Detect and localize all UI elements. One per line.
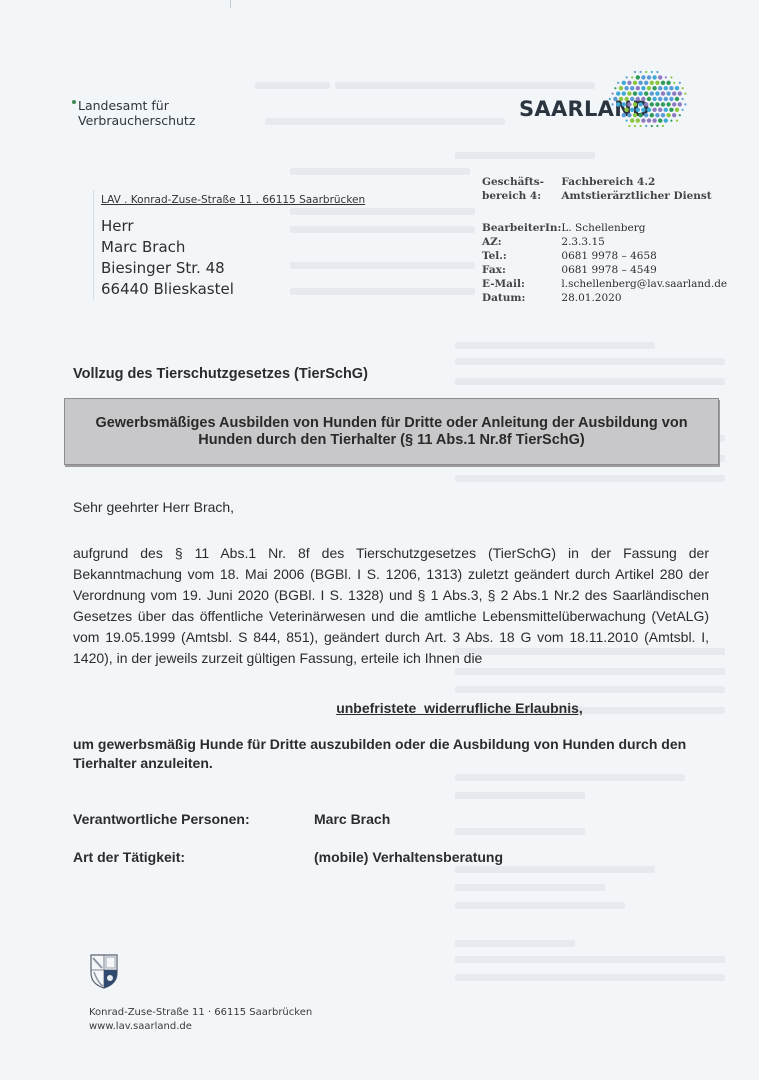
responsible-persons-label: Verantwortliche Personen:: [73, 811, 250, 827]
meta-row: Fax:0681 9978 – 4549: [482, 263, 727, 277]
coat-of-arms-icon: [89, 953, 119, 989]
recipient-name: Marc Brach: [101, 237, 234, 258]
reference-block: Geschäfts- Fachbereich 4.2 bereich 4: Am…: [482, 175, 727, 305]
meta-row: AZ:2.3.3.15: [482, 235, 727, 249]
recipient-city: 66440 Blieskastel: [101, 279, 234, 300]
agency-logo: Landesamt für Verbraucherschutz: [78, 98, 195, 128]
saarland-map-dots-icon: [603, 68, 688, 136]
meta-row: Tel.:0681 9978 – 4658: [482, 249, 727, 263]
clerk-name: L. Schellenberg: [561, 221, 727, 235]
agency-name-line1: Landesamt für: [78, 98, 195, 113]
meta-row: BearbeiterIn:L. Schellenberg: [482, 221, 727, 235]
footer-website[interactable]: www.lav.saarland.de: [89, 1020, 312, 1034]
agency-name-line2: Verbraucherschutz: [78, 113, 195, 128]
permit-purpose: um gewerbsmäßig Hunde für Dritte auszubi…: [73, 735, 713, 773]
division-label: Geschäfts-: [482, 175, 561, 189]
letter-page: Landesamt für Verbraucherschutz SAARLAND…: [0, 0, 759, 1080]
boxed-title-text: Gewerbsmäßiges Ausbilden von Hunden für …: [72, 415, 712, 449]
sender-return-address: LAV . Konrad-Zuse-Straße 11 . 66115 Saar…: [101, 194, 365, 206]
email-address: l.schellenberg@lav.saarland.de: [561, 277, 727, 291]
greeting: Sehr geehrter Herr Brach,: [73, 499, 234, 515]
meta-row: E-Mail:l.schellenberg@lav.saarland.de: [482, 277, 727, 291]
permit-type: unbefristete widerrufliche Erlaubnis,: [0, 700, 759, 716]
phone-number: 0681 9978 – 4658: [561, 249, 727, 263]
recipient-salutation: Herr: [101, 216, 234, 237]
boxed-title: Gewerbsmäßiges Ausbilden von Hunden für …: [64, 398, 719, 465]
recipient-address: Herr Marc Brach Biesinger Str. 48 66440 …: [101, 216, 234, 300]
body-paragraph: aufgrund des § 11 Abs.1 Nr. 8f des Tiers…: [73, 543, 709, 669]
activity-type-label: Art der Tätigkeit:: [73, 849, 185, 865]
logo-dot-icon: [72, 100, 76, 104]
letter-date: 28.01.2020: [561, 291, 727, 305]
footer-address-block: Konrad-Zuse-Straße 11 · 66115 Saarbrücke…: [89, 1006, 312, 1034]
division-value: Amtstierärztlicher Dienst: [561, 189, 727, 203]
fax-number: 0681 9978 – 4549: [561, 263, 727, 277]
division-label: bereich 4:: [482, 189, 561, 203]
letter-subject: Vollzug des Tierschutzgesetzes (TierSchG…: [73, 366, 368, 382]
file-reference: 2.3.3.15: [561, 235, 727, 249]
responsible-persons-value: Marc Brach: [314, 811, 390, 827]
footer-address: Konrad-Zuse-Straße 11 · 66115 Saarbrücke…: [89, 1006, 312, 1020]
window-frame-line: [93, 190, 94, 300]
activity-type-value: (mobile) Verhaltensberatung: [314, 849, 503, 865]
meta-row: Datum:28.01.2020: [482, 291, 727, 305]
recipient-street: Biesinger Str. 48: [101, 258, 234, 279]
division-value: Fachbereich 4.2: [561, 175, 727, 189]
